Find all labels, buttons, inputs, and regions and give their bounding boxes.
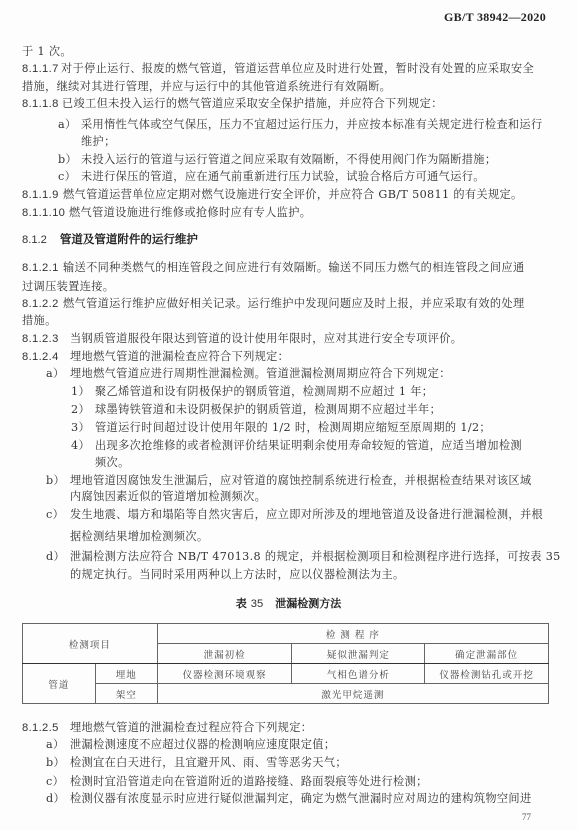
cell-buried-initial: 仪器检测环境观察 (157, 664, 292, 684)
list-text: 球墨铸铁管道和未设阴极保护的钢质管道，检测周期不应超过半年； (95, 403, 441, 416)
clause-8123: 8.1.2.3当钢质管道服役年限达到管道的设计使用年限时，应对其进行安全专项评价… (22, 332, 462, 346)
clause-text: 燃气管道运行维护应做好相关记录。运行维护中发现问题应及时上报，并应采取有效的处理 (63, 297, 525, 310)
clause-8117-cont: 措施，继续对其进行管理，并应与运行中的其他管道系统进行有效隔断。 (22, 80, 391, 94)
list-label: 1） (71, 385, 95, 399)
standard-number-header: GB/T 38942—2020 (444, 10, 546, 25)
list-item-b-cont: 内腐蚀因素近似的管道增加检测频次。 (70, 490, 266, 504)
table-title: 泄漏检测方法 (275, 597, 341, 610)
list-item-b: b）检测宜在白天进行，且宜避开风、雨、雪等恶劣天气； (46, 756, 347, 770)
clause-number: 8.1.1.10 (22, 206, 69, 220)
row-group-pipeline: 管道 (23, 664, 96, 704)
list-item-a: a）埋地燃气管道应进行周期性泄漏检测。管道泄漏检测周期应符合下列规定： (46, 367, 451, 381)
list-label: a） (46, 738, 70, 752)
list-item-d-cont: 的规定执行。当同时采用两种以上方法时，应以仪器检测法为主。 (70, 568, 405, 582)
list-text: 检测时宜沿管道走向在管道附近的道路接缝、路面裂痕等处进行检测； (70, 775, 428, 788)
sub-item-4: 4）出现多次抢维修的或者检测评价结果证明剩余使用寿命较短的管道，应适当增加检测 (71, 439, 522, 453)
clause-number: 8.1.1.9 (22, 188, 63, 202)
list-item-c: c）未进行保压的管道，应在通气前重新进行压力试验，试验合格后方可通气运行。 (58, 170, 485, 184)
section-number: 8.1.2 (22, 234, 47, 246)
list-text: 检测宜在白天进行，且宜避开风、雨、雪等恶劣天气； (70, 756, 347, 769)
page-number: 77 (522, 812, 531, 822)
table-caption-prefix: 表 (236, 597, 247, 610)
list-text: 出现多次抢维修的或者检测评价结果证明剩余使用寿命较短的管道，应适当增加检测 (95, 439, 522, 452)
table-row: 管道 埋地 仪器检测环境观察 气相色谱分析 仪器检测钻孔或开挖 (23, 664, 549, 684)
list-text: 埋地管道因腐蚀发生泄漏后，应对管道的腐蚀控制系统进行检查，并根据检查结果对该区域 (70, 474, 532, 487)
paragraph-continuation: 于 1 次。 (22, 45, 72, 59)
clause-number: 8.1.2.2 (22, 297, 63, 311)
header-step-locate: 确定泄漏部位 (425, 644, 549, 664)
clause-text: 燃气管道设施进行维修或抢修时应有专人监护。 (69, 206, 311, 219)
clause-text: 燃气管道运营单位应定期对燃气设施进行安全评价，并应符合 GB/T 50811 的… (63, 188, 523, 201)
clause-8124: 8.1.2.4埋地燃气管道的泄漏检查应符合下列规定： (22, 350, 289, 364)
list-label: b） (46, 756, 70, 770)
list-text: 泄漏检测速度不应超过仪器的检测响应速度限定值； (70, 738, 335, 751)
leak-detection-methods-table: 检测项目 检 测 程 序 泄漏初检 疑似泄漏判定 确定泄漏部位 管道 埋地 仪器… (22, 623, 549, 704)
list-label: 4） (71, 439, 95, 453)
list-text: 检测仪器有浓度显示时应进行疑似泄漏判定，确定为燃气泄漏时应对周边的建构筑物空间进 (70, 792, 532, 805)
list-label: a） (58, 118, 81, 132)
clause-8121: 8.1.2.1输送不同种类燃气的相连管段之间应进行有效隔断。输送不同压力燃气的相… (22, 261, 525, 275)
list-item-a: a）泄漏检测速度不应超过仪器的检测响应速度限定值； (46, 738, 335, 752)
clause-number: 8.1.2.1 (22, 261, 63, 275)
table-number: 35 (251, 598, 263, 610)
cell-buried-suspected: 气相色谱分析 (292, 664, 425, 684)
header-step-suspected: 疑似泄漏判定 (292, 644, 425, 664)
header-detection-procedure: 检 测 程 序 (157, 624, 548, 644)
clause-number: 8.1.1.8 (22, 97, 62, 111)
row-sub-overhead: 架空 (95, 684, 157, 704)
list-text: 发生地震、塌方和塌陷等自然灾害后，应立即对所涉及的埋地管道及设备进行泄漏检测，并… (70, 508, 543, 521)
list-item-c-cont: 据检测结果增加检测频次。 (70, 530, 208, 544)
clause-text: 当钢质管道服役年限达到管道的设计使用年限时，应对其进行安全专项评价。 (70, 332, 462, 345)
list-text: 采用惰性气体或空气保压，压力不宜超过运行压力，并应按本标准有关规定进行检查和运行 (81, 118, 543, 131)
sub-item-1: 1）聚乙烯管道和设有阴极保护的钢质管道，检测周期不应超过 1 年； (71, 385, 433, 399)
list-item-b: b）未投入运行的管道与运行管道之间应采取有效隔断，不得使用阀门作为隔断措施； (58, 153, 496, 167)
list-text: 聚乙烯管道和设有阴极保护的钢质管道，检测周期不应超过 1 年； (95, 385, 433, 398)
list-item-c: c）发生地震、塌方和塌陷等自然灾害后，应立即对所涉及的埋地管道及设备进行泄漏检测… (46, 508, 543, 522)
clause-8122-cont: 措施。 (22, 314, 57, 328)
clause-8117: 8.1.1.7对于停止运行、报废的燃气管道，管道运营单位应及时进行处置，暂时没有… (22, 62, 534, 76)
list-text: 未进行保压的管道，应在通气前重新进行压力试验，试验合格后方可通气运行。 (81, 170, 485, 183)
list-item-a-cont: 维护； (81, 135, 116, 149)
sub-item-3: 3）管道运行时间超过设计使用年限的 1/2 时，检测周期应缩短至原周期的 1/2… (71, 421, 491, 435)
cell-buried-locate: 仪器检测钻孔或开挖 (425, 664, 549, 684)
sub-item-4-cont: 频次。 (95, 456, 130, 470)
clause-text: 输送不同种类燃气的相连管段之间应进行有效隔断。输送不同压力燃气的相连管段之间应通 (63, 261, 525, 274)
list-label: 2） (71, 403, 95, 417)
list-item-d: d）泄漏检测方法应符合 NB/T 47013.8 的规定，并根据检测项目和检测程… (46, 550, 561, 564)
clause-8119: 8.1.1.9燃气管道运营单位应定期对燃气设施进行安全评价，并应符合 GB/T … (22, 188, 523, 202)
list-text: 泄漏检测方法应符合 NB/T 47013.8 的规定，并根据检测项目和检测程序进… (70, 550, 561, 563)
row-sub-buried: 埋地 (95, 664, 157, 684)
clause-text: 对于停止运行、报废的燃气管道，管道运营单位应及时进行处置，暂时没有处置的应采取安… (61, 62, 534, 75)
list-item-a: a）采用惰性气体或空气保压，压力不宜超过运行压力，并应按本标准有关规定进行检查和… (58, 118, 543, 132)
clause-text: 埋地燃气管道的泄漏检查应符合下列规定： (70, 350, 289, 363)
list-text: 埋地燃气管道应进行周期性泄漏检测。管道泄漏检测周期应符合下列规定： (70, 367, 451, 380)
list-label: c） (46, 775, 70, 789)
section-heading-812: 8.1.2管道及管道附件的运行维护 (22, 231, 198, 247)
clause-number: 8.1.2.4 (22, 350, 70, 364)
clause-8121-cont: 过调压装置连接。 (22, 280, 114, 294)
clause-number: 8.1.2.5 (22, 721, 70, 735)
list-label: c） (46, 508, 70, 522)
sub-item-2: 2）球墨铸铁管道和未设阴极保护的钢质管道，检测周期不应超过半年； (71, 403, 441, 417)
list-label: a） (46, 367, 70, 381)
cell-overhead-merged: 激光甲烷遥测 (157, 684, 548, 704)
list-item-b: b）埋地管道因腐蚀发生泄漏后，应对管道的腐蚀控制系统进行检查，并根据检查结果对该… (46, 474, 532, 488)
clause-8118: 8.1.1.8已竣工但未投入运行的燃气管道应采取安全保护措施，并应符合下列规定： (22, 97, 443, 111)
table-row: 架空 激光甲烷遥测 (23, 684, 549, 704)
list-label: b） (46, 474, 70, 488)
list-label: d） (46, 792, 70, 806)
list-item-c: c）检测时宜沿管道走向在管道附近的道路接缝、路面裂痕等处进行检测； (46, 775, 428, 789)
list-item-d: d）检测仪器有浓度显示时应进行疑似泄漏判定，确定为燃气泄漏时应对周边的建构筑物空… (46, 792, 532, 806)
clause-text: 埋地燃气管道的泄漏检查过程应符合下列规定： (70, 721, 312, 734)
list-label: c） (58, 170, 81, 184)
clause-text: 已竣工但未投入运行的燃气管道应采取安全保护措施，并应符合下列规定： (62, 97, 443, 110)
list-label: b） (58, 153, 81, 167)
section-title: 管道及管道附件的运行维护 (60, 232, 198, 246)
clause-8122: 8.1.2.2燃气管道运行维护应做好相关记录。运行维护中发现问题应及时上报，并应… (22, 297, 525, 311)
clause-number: 8.1.2.3 (22, 332, 70, 346)
clause-8125: 8.1.2.5埋地燃气管道的泄漏检查过程应符合下列规定： (22, 721, 312, 735)
header-step-initial: 泄漏初检 (157, 644, 292, 664)
list-text: 管道运行时间超过设计使用年限的 1/2 时，检测周期应缩短至原周期的 1/2； (95, 421, 491, 434)
header-detection-item: 检测项目 (23, 624, 158, 664)
clause-81110: 8.1.1.10燃气管道设施进行维修或抢修时应有专人监护。 (22, 206, 311, 220)
list-label: 3） (71, 421, 95, 435)
list-label: d） (46, 550, 70, 564)
clause-number: 8.1.1.7 (22, 62, 61, 76)
document-page: GB/T 38942—2020 于 1 次。 8.1.1.7对于停止运行、报废的… (0, 0, 577, 830)
list-text: 未投入运行的管道与运行管道之间应采取有效隔断，不得使用阀门作为隔断措施； (81, 153, 496, 166)
table-caption: 表35泄漏检测方法 (0, 595, 577, 611)
